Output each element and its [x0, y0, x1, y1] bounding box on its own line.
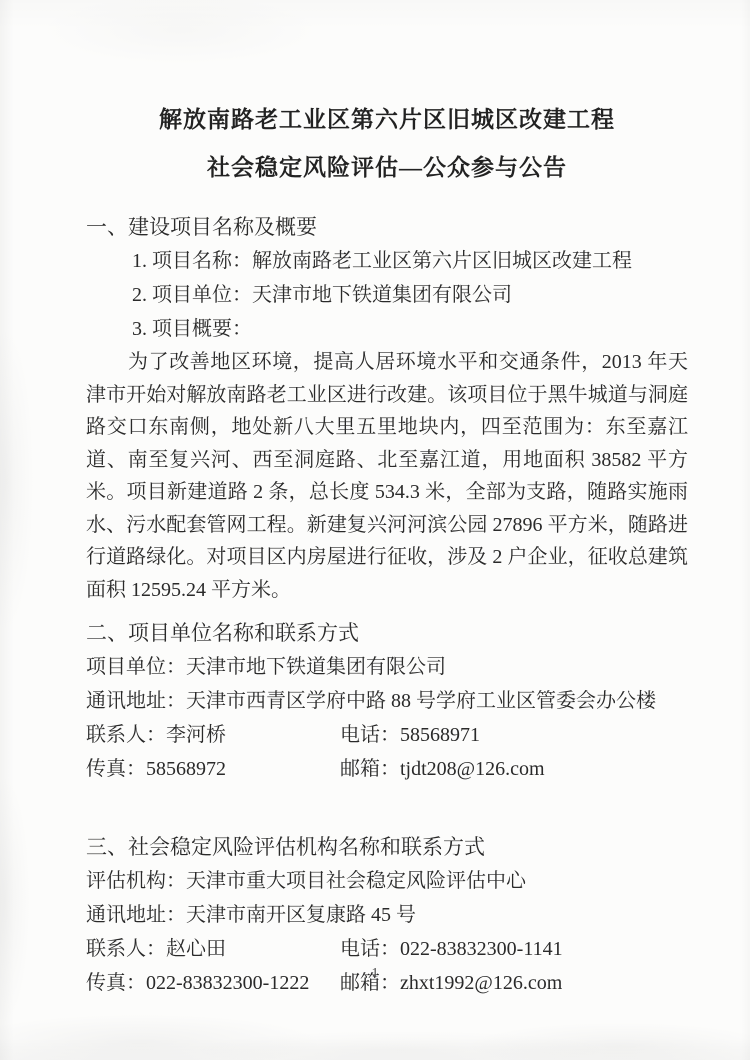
section1-item-project-unit: 2. 项目单位：天津市地下铁道集团有限公司	[86, 278, 688, 312]
section2-address-line: 通讯地址：天津市西青区学府中路 88 号学府工业区管委会办公楼	[86, 684, 688, 718]
document-content: 解放南路老工业区第六片区旧城区改建工程 社会稳定风险评估—公众参与公告 一、建设…	[0, 0, 750, 1000]
section1-item-project-name: 1. 项目名称：解放南路老工业区第六片区旧城区改建工程	[86, 244, 688, 278]
page-number: 1	[0, 966, 750, 982]
section2-email: 邮箱：tjdt208@126.com	[340, 752, 545, 786]
section2-phone: 电话：58568971	[340, 718, 480, 752]
section3-address-line: 通讯地址：天津市南开区复康路 45 号	[86, 898, 688, 932]
document-title-line1: 解放南路老工业区第六片区旧城区改建工程	[86, 104, 688, 136]
section2-fax: 传真：58568972	[86, 752, 340, 786]
document-title-line2: 社会稳定风险评估—公众参与公告	[86, 152, 688, 184]
section3-agency-line: 评估机构：天津市重大项目社会稳定风险评估中心	[86, 864, 688, 898]
section3-phone: 电话：022-83832300-1141	[340, 932, 563, 966]
project-summary-paragraph: 为了改善地区环境，提高人居环境水平和交通条件，2013 年天津市开始对解放南路老…	[86, 346, 688, 606]
section1-item-project-summary-label: 3. 项目概要：	[86, 312, 688, 346]
section3-heading: 三、社会稳定风险评估机构名称和联系方式	[86, 830, 688, 864]
section2-fax-row: 传真：58568972 邮箱：tjdt208@126.com	[86, 752, 688, 786]
section2-contact-person: 联系人：李河桥	[86, 718, 340, 752]
section2-heading: 二、项目单位名称和联系方式	[86, 616, 688, 650]
section3-contact-row: 联系人：赵心田 电话：022-83832300-1141	[86, 932, 688, 966]
section3-contact-person: 联系人：赵心田	[86, 932, 340, 966]
section2-contact-row: 联系人：李河桥 电话：58568971	[86, 718, 688, 752]
section2-unit-line: 项目单位：天津市地下铁道集团有限公司	[86, 650, 688, 684]
section1-heading: 一、建设项目名称及概要	[86, 210, 688, 244]
document-page: 解放南路老工业区第六片区旧城区改建工程 社会稳定风险评估—公众参与公告 一、建设…	[0, 0, 750, 1060]
